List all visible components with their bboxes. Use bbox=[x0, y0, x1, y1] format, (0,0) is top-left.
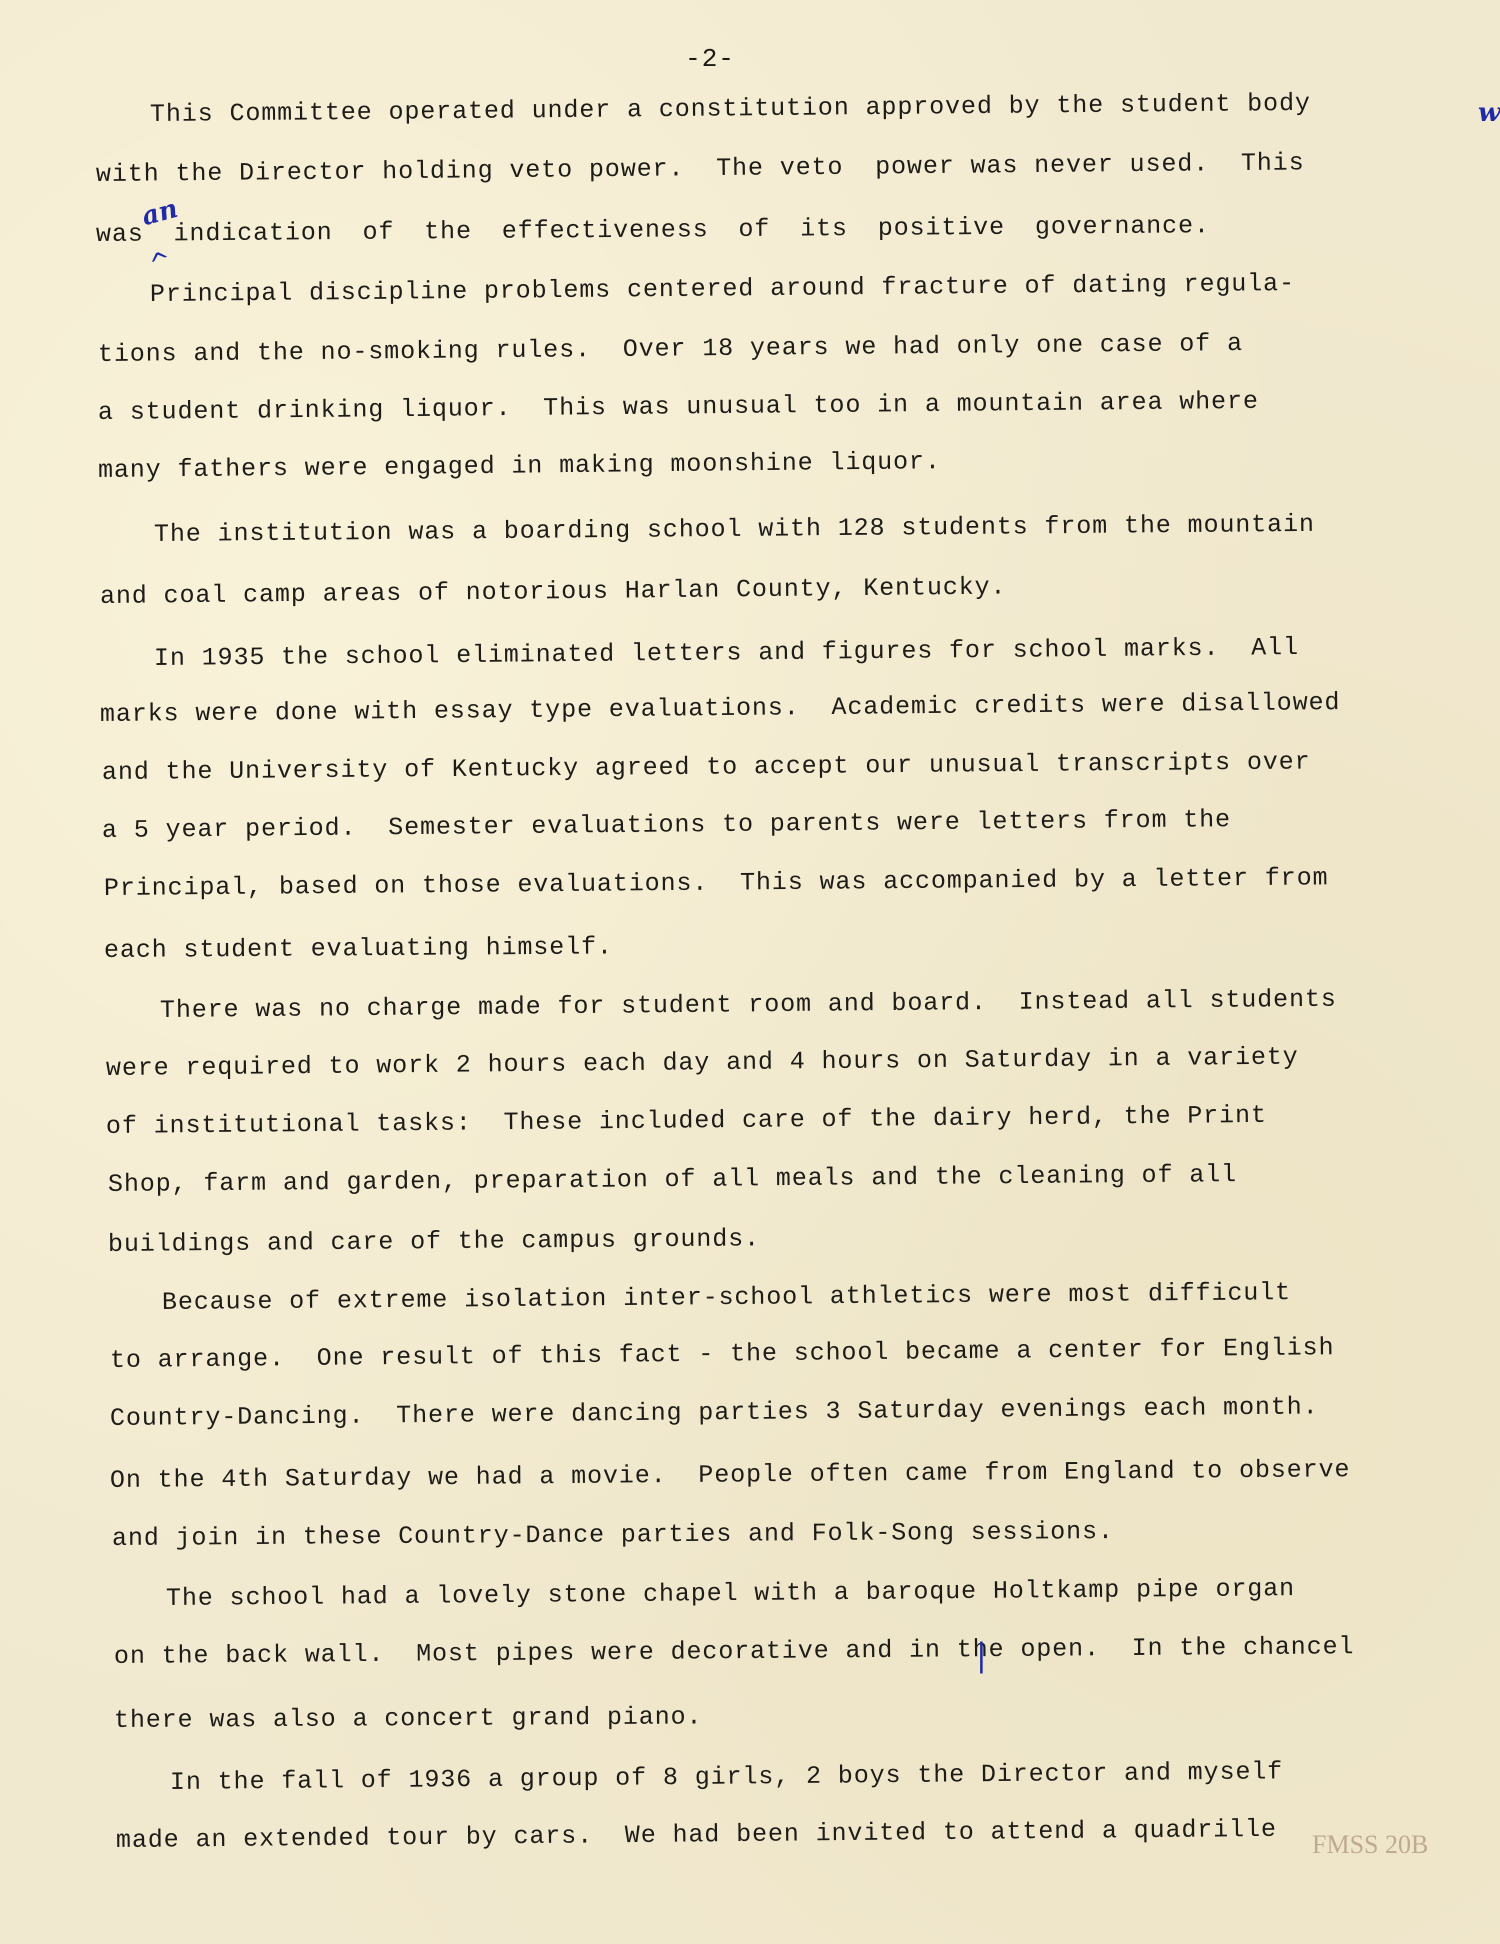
archive-stamp: FMSS 20B bbox=[1312, 1830, 1428, 1860]
text-line: many fathers were engaged in making moon… bbox=[98, 447, 941, 485]
text-line: a student drinking liquor. This was unus… bbox=[98, 387, 1259, 427]
text-line: of institutional tasks: These included c… bbox=[106, 1101, 1267, 1141]
text-line: Principal, based on those evaluations. T… bbox=[104, 863, 1329, 903]
struck-mark-icon: w bbox=[1478, 98, 1500, 128]
text-line: marks were done with essay type evaluati… bbox=[100, 688, 1341, 729]
text-line: tions and the no-smoking rules. Over 18 … bbox=[98, 329, 1243, 369]
text-line: a 5 year period. Semester evaluations to… bbox=[102, 805, 1231, 845]
text-line: to arrange. One result of this fact - th… bbox=[110, 1333, 1335, 1375]
text-line: buildings and care of the campus grounds… bbox=[108, 1224, 760, 1259]
text-line: there was also a concert grand piano. bbox=[114, 1702, 703, 1735]
correction-mark-icon: | bbox=[976, 1636, 987, 1674]
text-line: This Committee operated under a constitu… bbox=[150, 89, 1311, 129]
text-line: There was no charge made for student roo… bbox=[160, 985, 1337, 1025]
text-line: and coal camp areas of notorious Harlan … bbox=[100, 573, 1007, 611]
text-line: In the fall of 1936 a group of 8 girls, … bbox=[170, 1757, 1283, 1797]
page-number: -2- bbox=[0, 44, 1420, 74]
text-line: The institution was a boarding school wi… bbox=[154, 510, 1315, 549]
text-line: and the University of Kentucky agreed to… bbox=[102, 747, 1311, 787]
text-line: and join in these Country-Dance parties … bbox=[112, 1517, 1114, 1553]
text-line: Shop, farm and garden, preparation of al… bbox=[108, 1160, 1237, 1199]
text-line: with the Director holding veto power. Th… bbox=[96, 148, 1305, 189]
insertion-caret-icon: ^ bbox=[146, 245, 177, 281]
text-line: Country-Dancing. There were dancing part… bbox=[110, 1392, 1319, 1433]
text-line: made an extended tour by cars. We had be… bbox=[116, 1815, 1277, 1855]
text-line: were required to work 2 hours each day a… bbox=[106, 1043, 1299, 1083]
text-line: Because of extreme isolation inter-schoo… bbox=[162, 1278, 1291, 1317]
text-line: each student evaluating himself. bbox=[104, 932, 613, 965]
typed-page: -2- This Committee operated under a cons… bbox=[0, 0, 1500, 1944]
text-line: was indication of the effectiveness of i… bbox=[96, 211, 1210, 249]
text-line: The school had a lovely stone chapel wit… bbox=[166, 1574, 1295, 1613]
text-line: on the back wall. Most pipes were decora… bbox=[114, 1632, 1355, 1671]
text-line: Principal discipline problems centered a… bbox=[150, 269, 1295, 309]
text-line: On the 4th Saturday we had a movie. Peop… bbox=[110, 1455, 1351, 1495]
text-line: In 1935 the school eliminated letters an… bbox=[154, 633, 1299, 673]
